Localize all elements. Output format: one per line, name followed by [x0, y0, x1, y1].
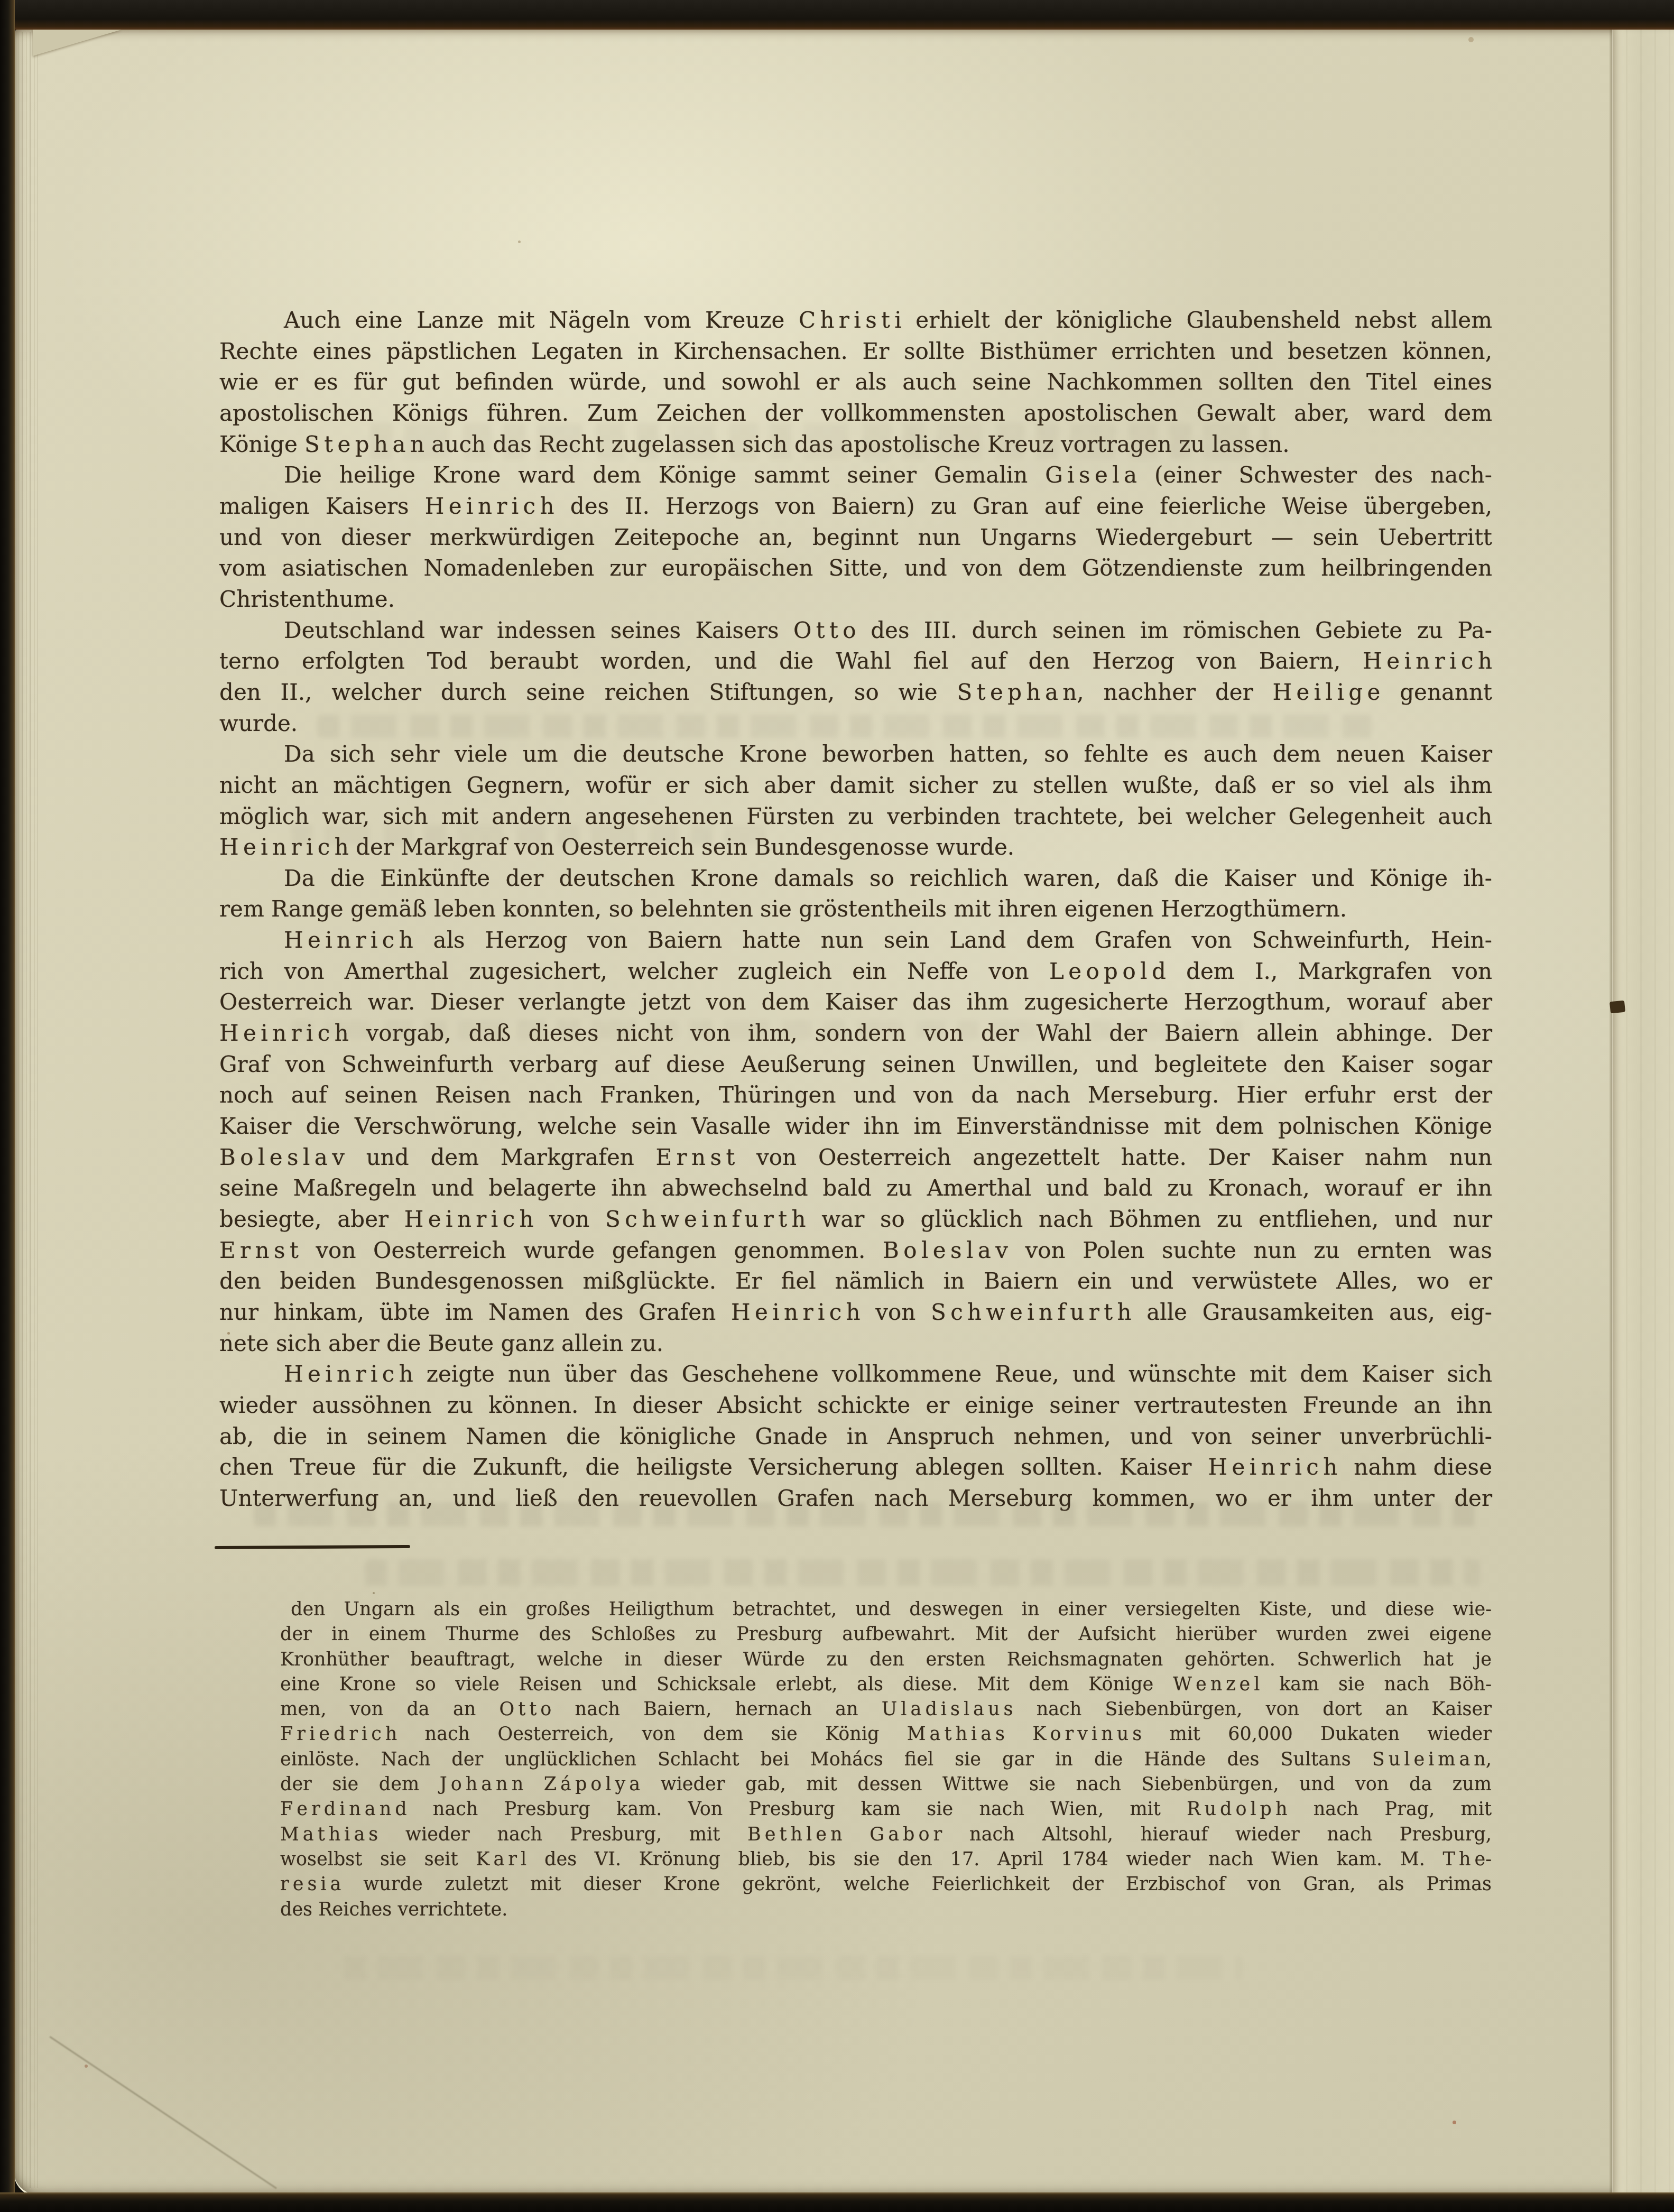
text-line: wieder aussöhnen zu können. In dieser Ab… [219, 1390, 1492, 1421]
bleedthrough-band [291, 1020, 1242, 1039]
text-line: F e r d i n a n d nach Presburg kam. Von… [280, 1797, 1492, 1822]
text-line: Oesterreich war. Dieser verlangte jetzt … [219, 987, 1492, 1018]
text-line: rem Range gemäß leben konnten, so belehn… [219, 894, 1492, 925]
text-line: und von dieser merkwürdigen Zeitepoche a… [219, 522, 1492, 553]
text-line: Da sich sehr viele um die deutsche Krone… [219, 739, 1492, 770]
binding-shadow-bottom [0, 2192, 1674, 2212]
dog-ear-fold [33, 30, 122, 56]
bleedthrough-band [254, 1502, 1480, 1526]
binding-shadow-top [0, 0, 1674, 30]
paper-speck [1184, 1779, 1187, 1781]
text-line: Rechte eines päpstlichen Legaten in Kirc… [219, 336, 1492, 367]
text-line: der in einem Thurme des Schloßes zu Pres… [280, 1622, 1492, 1647]
paper-speck [1453, 2121, 1456, 2124]
text-line: Christenthume. [219, 584, 1492, 615]
text-line: Kronhüther beauftragt, welche in dieser … [280, 1648, 1492, 1672]
text-line: maligen Kaisers H e i n r i c h des II. … [219, 491, 1492, 522]
text-line: seine Maßregeln und belagerte ihn abwech… [219, 1173, 1492, 1204]
text-line: r e s i a wurde zuletzt mit dieser Krone… [280, 1872, 1492, 1897]
text-line: H e i n r i c h zeigte nun über das Gesc… [219, 1359, 1492, 1390]
paper-speck [227, 1332, 230, 1335]
bleedthrough-band [291, 825, 766, 845]
text-line: noch auf seinen Reisen nach Franken, Thü… [219, 1080, 1492, 1111]
text-line: woselbst sie seit K a r l des VI. Krönun… [280, 1847, 1492, 1872]
book-scan-page: { "style": { "paper_color": "#d6d1b5", "… [0, 0, 1674, 2212]
bleedthrough-band [370, 423, 1269, 460]
fore-edge-pages [1613, 29, 1674, 2195]
text-line: men, von da an O t t o nach Baiern, hern… [280, 1697, 1492, 1722]
paper-speck [1369, 655, 1371, 658]
text-line: chen Treue für die Zukunft, die heiligst… [219, 1452, 1492, 1483]
text-line: der sie dem J o h a n n Z á p o l y a wi… [280, 1772, 1492, 1797]
paper-speck [1468, 37, 1474, 42]
text-line: einlöste. Nach der unglücklichen Schlach… [280, 1747, 1492, 1772]
text-line: den II., welcher durch seine reichen Sti… [219, 677, 1492, 708]
text-line: eine Krone so viele Reisen und Schicksal… [280, 1672, 1492, 1697]
text-line: Da die Einkünfte der deutschen Krone dam… [219, 863, 1492, 894]
text-line: wie er es für gut befinden würde, und so… [219, 367, 1492, 398]
text-line: nicht an mächtigen Gegnern, wofür er sic… [219, 770, 1492, 801]
text-line: Deutschland war indessen seines Kaisers … [219, 615, 1492, 646]
paper-speck [809, 1501, 811, 1503]
text-line: des Reiches verrichtete. [280, 1898, 1492, 1922]
text-line: F r i e d r i c h nach Oesterreich, von … [280, 1722, 1492, 1747]
text-line: E r n s t von Oesterreich wurde gefangen… [219, 1235, 1492, 1266]
text-line: Graf von Schweinfurth verbarg auf diese … [219, 1049, 1492, 1080]
main-text-block: Auch eine Lanze mit Nägeln vom Kreuze C … [219, 305, 1492, 1514]
page-crease [1609, 29, 1613, 2195]
bleedthrough-band [344, 1956, 1242, 1980]
binding-shadow-left [0, 0, 15, 2212]
footnote-block: den Ungarn als ein großes Heiligthum bet… [280, 1597, 1492, 1922]
text-line: nete sich aber die Beute ganz allein zu. [219, 1328, 1492, 1359]
ink-mark [1610, 1001, 1625, 1014]
text-line: H e i n r i c h als Herzog von Baiern ha… [219, 925, 1492, 956]
page-edge-stack [14, 32, 38, 2188]
text-line: den beiden Bundesgenossen mißglückte. Er… [219, 1266, 1492, 1297]
text-line: vom asiatischen Nomadenleben zur europäi… [219, 553, 1492, 584]
paper-speck [373, 1592, 375, 1594]
bleedthrough-band [317, 715, 1374, 738]
text-line: B o l e s l a v und dem Markgrafen E r n… [219, 1142, 1492, 1173]
text-line: Auch eine Lanze mit Nägeln vom Kreuze C … [219, 305, 1492, 336]
text-line: M a t h i a s wieder nach Presburg, mit … [280, 1822, 1492, 1847]
text-line: Die heilige Krone ward dem Könige sammt … [219, 460, 1492, 491]
text-line: besiegte, aber H e i n r i c h von S c h… [219, 1204, 1492, 1235]
text-line: den Ungarn als ein großes Heiligthum bet… [280, 1597, 1492, 1622]
text-line: rich von Amerthal zugesichert, welcher z… [219, 956, 1492, 987]
text-line: Kaiser die Verschwörung, welche sein Vas… [219, 1111, 1492, 1142]
text-line: ab, die in seinem Namen die königliche G… [219, 1421, 1492, 1452]
paper-speck [518, 240, 521, 243]
bleedthrough-band [365, 1559, 1480, 1586]
paper-speck [637, 880, 640, 883]
text-line: terno erfolgten Tod beraubt worden, und … [219, 646, 1492, 677]
text-line: nur hinkam, übte im Namen des Grafen H e… [219, 1297, 1492, 1328]
paper-speck [85, 2065, 88, 2068]
